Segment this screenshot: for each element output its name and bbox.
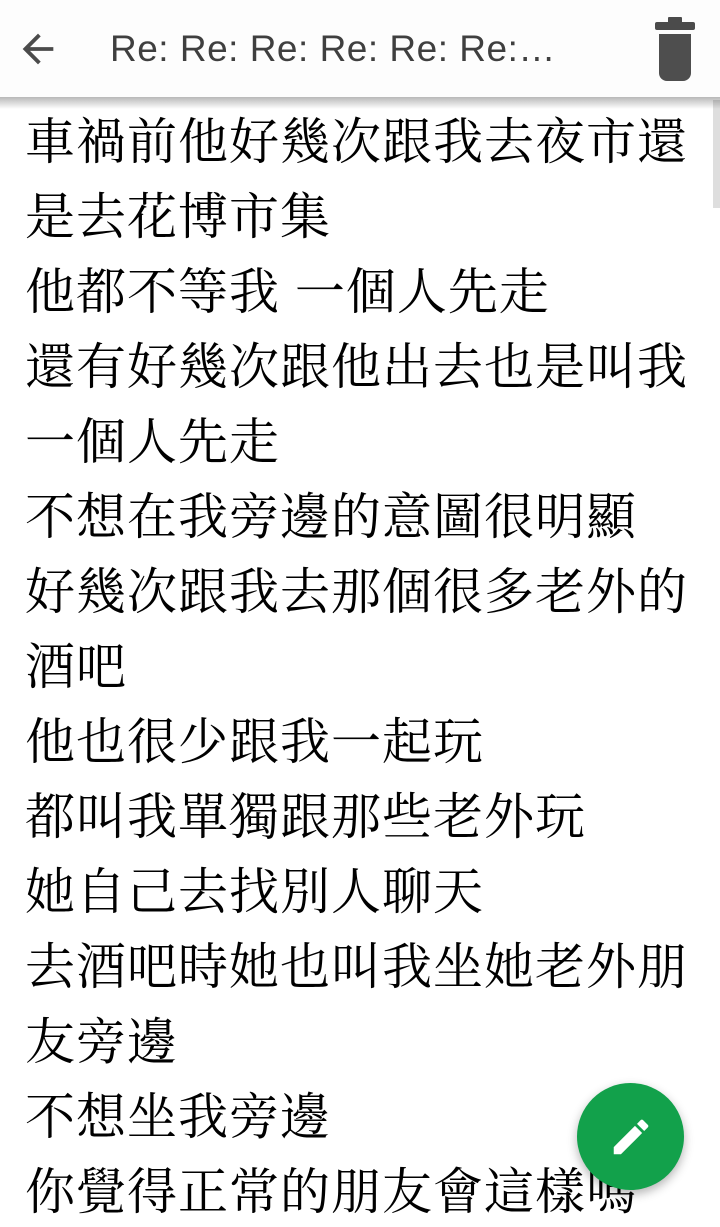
delete-button[interactable] bbox=[630, 0, 720, 97]
message-body[interactable]: 車禍前他好幾次跟我去夜市還 是去花博市集 他都不等我 一個人先走 還有好幾次跟他… bbox=[0, 97, 720, 1227]
message-line: 他都不等我 一個人先走 bbox=[25, 255, 712, 330]
message-line: 還有好幾次跟他出去也是叫我 bbox=[25, 330, 712, 405]
message-line: 酒吧 bbox=[25, 630, 712, 705]
trash-icon bbox=[654, 17, 696, 81]
page-title: Re: Re: Re: Re: Re: Re:… bbox=[110, 28, 630, 70]
pencil-icon bbox=[608, 1114, 654, 1160]
message-line: 都叫我單獨跟那些老外玩 bbox=[25, 780, 712, 855]
message-line: 好幾次跟我去那個很多老外的 bbox=[25, 555, 712, 630]
message-line: 是去花博市集 bbox=[25, 180, 712, 255]
message-line: 去酒吧時她也叫我坐她老外朋 bbox=[25, 930, 712, 1005]
compose-fab-button[interactable] bbox=[577, 1083, 684, 1190]
back-button[interactable] bbox=[0, 0, 76, 97]
message-line: 她自己去找別人聊天 bbox=[25, 855, 712, 930]
toolbar: Re: Re: Re: Re: Re: Re:… bbox=[0, 0, 720, 97]
message-line: 一個人先走 bbox=[25, 405, 712, 480]
scrollbar-thumb[interactable] bbox=[713, 100, 720, 208]
message-line: 他也很少跟我一起玩 bbox=[25, 705, 712, 780]
message-line: 車禍前他好幾次跟我去夜市還 bbox=[25, 105, 712, 180]
message-view-screen: Re: Re: Re: Re: Re: Re:… 車禍前他好幾次跟我去夜市還 是… bbox=[0, 0, 720, 1227]
message-line: 友旁邊 bbox=[25, 1005, 712, 1080]
message-line: 不想在我旁邊的意圖很明顯 bbox=[25, 480, 712, 555]
arrow-left-icon bbox=[15, 26, 61, 72]
